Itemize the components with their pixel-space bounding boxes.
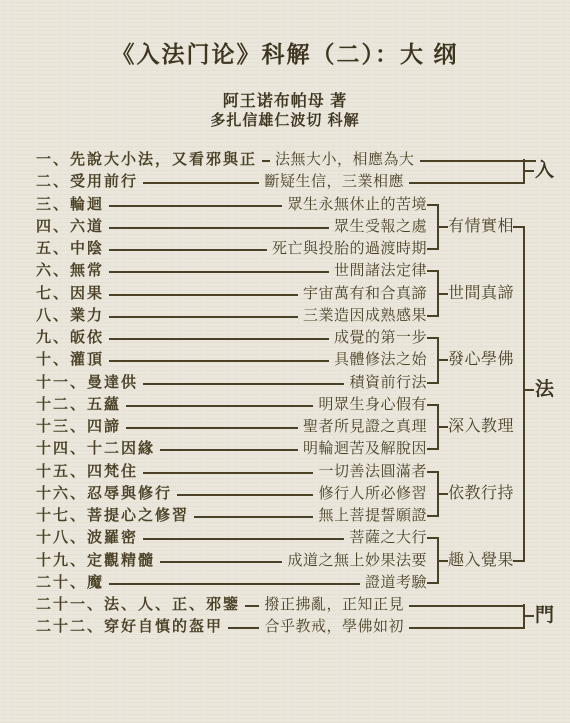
chapter-row: 十五、四梵住一切善法圓滿者 (36, 461, 427, 483)
connector-line (409, 182, 525, 184)
connector-line (143, 538, 344, 540)
chapter-row: 十三、四諦聖者所見證之真理 (36, 416, 427, 438)
chapter-row: 四、六道眾生受報之處 (36, 216, 427, 238)
group-label: 發心學佛 (448, 349, 514, 371)
chapter-title: 二十二、穿好自慎的盔甲 (36, 616, 223, 638)
bracket-tick (439, 560, 448, 562)
chapter-title: 十、灌頂 (36, 349, 104, 371)
chapter-title: 十九、定觀精髓 (36, 550, 155, 572)
chapter-row: 十一、曼達供積資前行法 (36, 372, 427, 394)
connector-line (126, 427, 298, 429)
chapter-row: 二、受用前行斷疑生信，三業相應 (36, 171, 525, 193)
document-page: 《入法门论》科解（二）：大 纲 阿王诺布帕母 著 多扎信雄仁波切 科解 一、先說… (0, 0, 570, 723)
connector-line (160, 449, 298, 451)
chapter-desc: 斷疑生信，三業相應 (264, 171, 404, 193)
connector-line (143, 383, 344, 385)
chapter-desc: 成道之無上妙果法要 (287, 550, 427, 572)
group-bracket (427, 537, 439, 584)
group-bracket (427, 270, 439, 317)
chapter-title: 四、六道 (36, 216, 104, 238)
chapter-row: 十四、十二因緣明輪迴苦及解脫因 (36, 438, 427, 460)
connector-line (409, 605, 525, 607)
connector-line (109, 205, 282, 207)
chapter-title: 十四、十二因緣 (36, 438, 155, 460)
group-label: 趣入覺果 (448, 550, 514, 572)
connector-line (194, 516, 313, 518)
connector-line (109, 271, 329, 273)
chapter-desc: 菩薩之大行 (349, 527, 427, 549)
group-label: 有情實相 (448, 216, 514, 238)
chapter-title: 五、中陰 (36, 238, 104, 260)
chapter-desc: 聖者所見證之真理 (303, 416, 427, 438)
chapter-desc: 明輪迴苦及解脫因 (303, 438, 427, 460)
chapter-row: 五、中陰死亡與投胎的過渡時期 (36, 238, 427, 260)
gate-label-entry: 入 (535, 159, 554, 183)
chapter-title: 十七、菩提心之修習 (36, 505, 189, 527)
connector-line (109, 294, 298, 296)
chapter-desc: 三業造因成熟感果 (303, 305, 427, 327)
gate-label-door: 門 (535, 604, 554, 628)
chapter-title: 三、輪迴 (36, 194, 104, 216)
chapter-row: 十八、波羅密菩薩之大行 (36, 527, 427, 549)
chapter-row: 十九、定觀精髓成道之無上妙果法要 (36, 550, 427, 572)
chapter-title: 一、先說大小法，又看邪與正 (36, 149, 257, 171)
group-label: 深入教理 (448, 416, 514, 438)
connector-line (228, 627, 259, 629)
bracket-tick (439, 293, 448, 295)
chapter-desc: 合乎教戒，學佛如初 (264, 616, 404, 638)
chapter-row: 二十、魔證道考驗 (36, 572, 427, 594)
chapter-title: 二十、魔 (36, 572, 104, 594)
chapter-title: 十八、波羅密 (36, 527, 138, 549)
connector-line (245, 605, 259, 607)
chapter-title: 八、業力 (36, 305, 104, 327)
bracket-tick (525, 170, 534, 172)
connector-line (126, 405, 313, 407)
chapter-row: 十七、菩提心之修習無上菩提誓願證 (36, 505, 427, 527)
chapter-row: 三、輪迴眾生永無休止的苦境 (36, 194, 427, 216)
group-label: 世間真諦 (448, 283, 514, 305)
chapter-title: 七、因果 (36, 283, 104, 305)
chapter-title: 六、無常 (36, 260, 104, 282)
group-bracket (427, 471, 439, 517)
connector-line (109, 583, 360, 585)
chapter-row: 二十二、穿好自慎的盔甲合乎教戒，學佛如初 (36, 616, 525, 638)
author-line: 阿王诺布帕母 著 (0, 88, 570, 111)
bracket-tick (513, 560, 523, 562)
connector-line (160, 561, 282, 563)
connector-line (143, 182, 259, 184)
connector-line (109, 249, 267, 251)
bracket-tick (439, 359, 448, 361)
chapter-title: 十二、五蘊 (36, 394, 121, 416)
group-bracket (427, 337, 439, 384)
chapter-row: 一、先說大小法，又看邪與正法無大小，相應為大 (36, 149, 525, 171)
chapter-row: 二十一、法、人、正、邪鑒撥正拂亂，正知正見 (36, 594, 525, 616)
chapter-desc: 眾生永無休止的苦境 (287, 194, 427, 216)
bracket-tick (439, 426, 448, 428)
chapter-row: 八、業力三業造因成熟感果 (36, 305, 427, 327)
bracket-tick (525, 615, 534, 617)
chapter-desc: 死亡與投胎的過渡時期 (272, 238, 427, 260)
connector-line (109, 316, 298, 318)
chapter-title: 二、受用前行 (36, 171, 138, 193)
gate-label-dharma: 法 (535, 378, 554, 402)
chapter-desc: 積資前行法 (349, 372, 427, 394)
commentator-line: 多扎信雄仁波切 科解 (0, 109, 570, 130)
bracket-tick (525, 389, 534, 391)
dharma-trunk-line (523, 226, 525, 562)
chapter-row: 六、無常世間諸法定律 (36, 260, 427, 282)
page-title: 《入法门论》科解（二）：大 纲 (0, 36, 570, 69)
chapter-title: 九、皈依 (36, 327, 104, 349)
chapter-desc: 修行人所必修習 (318, 483, 427, 505)
chapter-row: 十六、忍辱與修行修行人所必修習 (36, 483, 427, 505)
chapter-desc: 成覺的第一步 (334, 327, 427, 349)
connector-line (109, 338, 329, 340)
bracket-tick (439, 226, 448, 228)
connector-line (109, 227, 329, 229)
connector-line (177, 494, 313, 496)
connector-line (109, 360, 329, 362)
chapter-title: 十六、忍辱與修行 (36, 483, 172, 505)
group-bracket (427, 204, 439, 250)
chapter-desc: 撥正拂亂，正知正見 (264, 594, 404, 616)
chapter-desc: 具體修法之始 (334, 349, 427, 371)
connector-line (262, 160, 270, 162)
chapter-row: 七、因果宇宙萬有和合真諦 (36, 283, 427, 305)
chapter-row: 十、灌頂具體修法之始 (36, 349, 427, 371)
chapter-desc: 一切善法圓滿者 (318, 461, 427, 483)
chapter-desc: 法無大小，相應為大 (275, 149, 415, 171)
bracket-tick (439, 493, 448, 495)
chapter-title: 十一、曼達供 (36, 372, 138, 394)
group-label: 依教行持 (448, 483, 514, 505)
chapter-row: 九、皈依成覺的第一步 (36, 327, 427, 349)
chapter-desc: 世間諸法定律 (334, 260, 427, 282)
connector-line (143, 472, 313, 474)
chapter-desc: 明眾生身心假有 (318, 394, 427, 416)
chapter-title: 二十一、法、人、正、邪鑒 (36, 594, 240, 616)
chapter-desc: 無上菩提誓願證 (318, 505, 427, 527)
chapter-row: 十二、五蘊明眾生身心假有 (36, 394, 427, 416)
chapter-title: 十五、四梵住 (36, 461, 138, 483)
bracket-tick (513, 226, 523, 228)
connector-line (409, 627, 525, 629)
connector-line (420, 160, 536, 162)
chapter-desc: 證道考驗 (365, 572, 427, 594)
chapter-desc: 眾生受報之處 (334, 216, 427, 238)
chapter-desc: 宇宙萬有和合真諦 (303, 283, 427, 305)
group-bracket (427, 404, 439, 450)
chapter-title: 十三、四諦 (36, 416, 121, 438)
